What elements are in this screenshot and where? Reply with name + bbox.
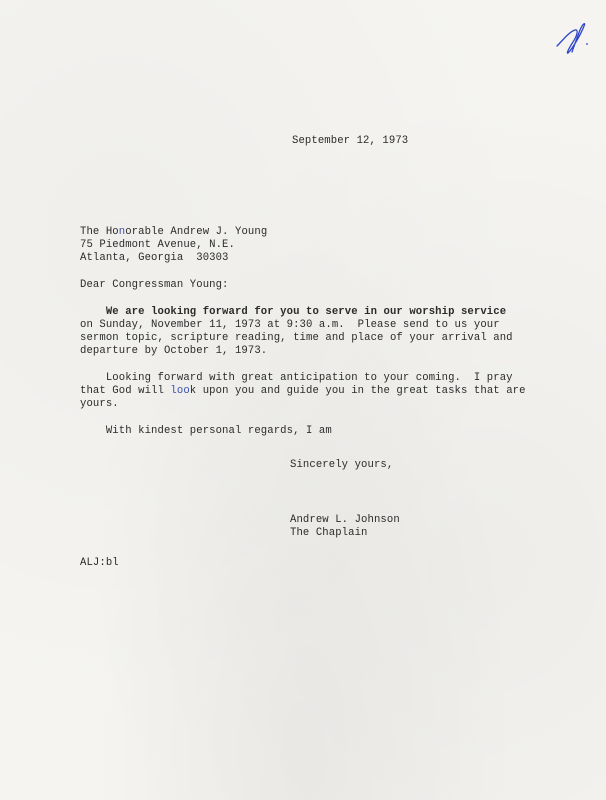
recipient-line-2: 75 Piedmont Avenue, N.E.	[80, 239, 235, 252]
signer-name: Andrew L. Johnson	[290, 514, 400, 527]
recipient-line-1-suffix: orable Andrew J. Young	[125, 226, 267, 238]
reference-initials: ALJ:bl	[80, 557, 119, 570]
paragraph-1-line-4: departure by October 1, 1973.	[80, 345, 267, 358]
paragraph-2-line-2-prefix: that God will	[80, 385, 170, 397]
paragraph-2-line-1: Looking forward with great anticipation …	[80, 372, 513, 385]
recipient-line-1-prefix: The Ho	[80, 226, 119, 238]
paragraph-1-line-1: We are looking forward for you to serve …	[80, 306, 506, 319]
recipient-line-3: Atlanta, Georgia 30303	[80, 252, 229, 265]
recipient-line-1: The Honorable Andrew J. Young	[80, 226, 267, 239]
letter-page: September 12, 1973 The Honorable Andrew …	[0, 0, 606, 800]
salutation: Dear Congressman Young:	[80, 279, 229, 292]
paragraph-2-line-2: that God will look upon you and guide yo…	[80, 385, 526, 398]
signer-title: The Chaplain	[290, 527, 368, 540]
paragraph-1-line-2: on Sunday, November 11, 1973 at 9:30 a.m…	[80, 319, 500, 332]
letter-date: September 12, 1973	[292, 135, 408, 148]
complimentary-close: Sincerely yours,	[290, 459, 393, 472]
closing-line: With kindest personal regards, I am	[80, 425, 332, 438]
paragraph-2-line-3: yours.	[80, 398, 119, 411]
word-correction: loo	[170, 385, 189, 397]
paragraph-1-line-3: sermon topic, scripture reading, time an…	[80, 332, 513, 345]
handwritten-initials-icon	[553, 20, 593, 60]
paragraph-2-line-2-suffix: k upon you and guide you in the great ta…	[190, 385, 526, 397]
